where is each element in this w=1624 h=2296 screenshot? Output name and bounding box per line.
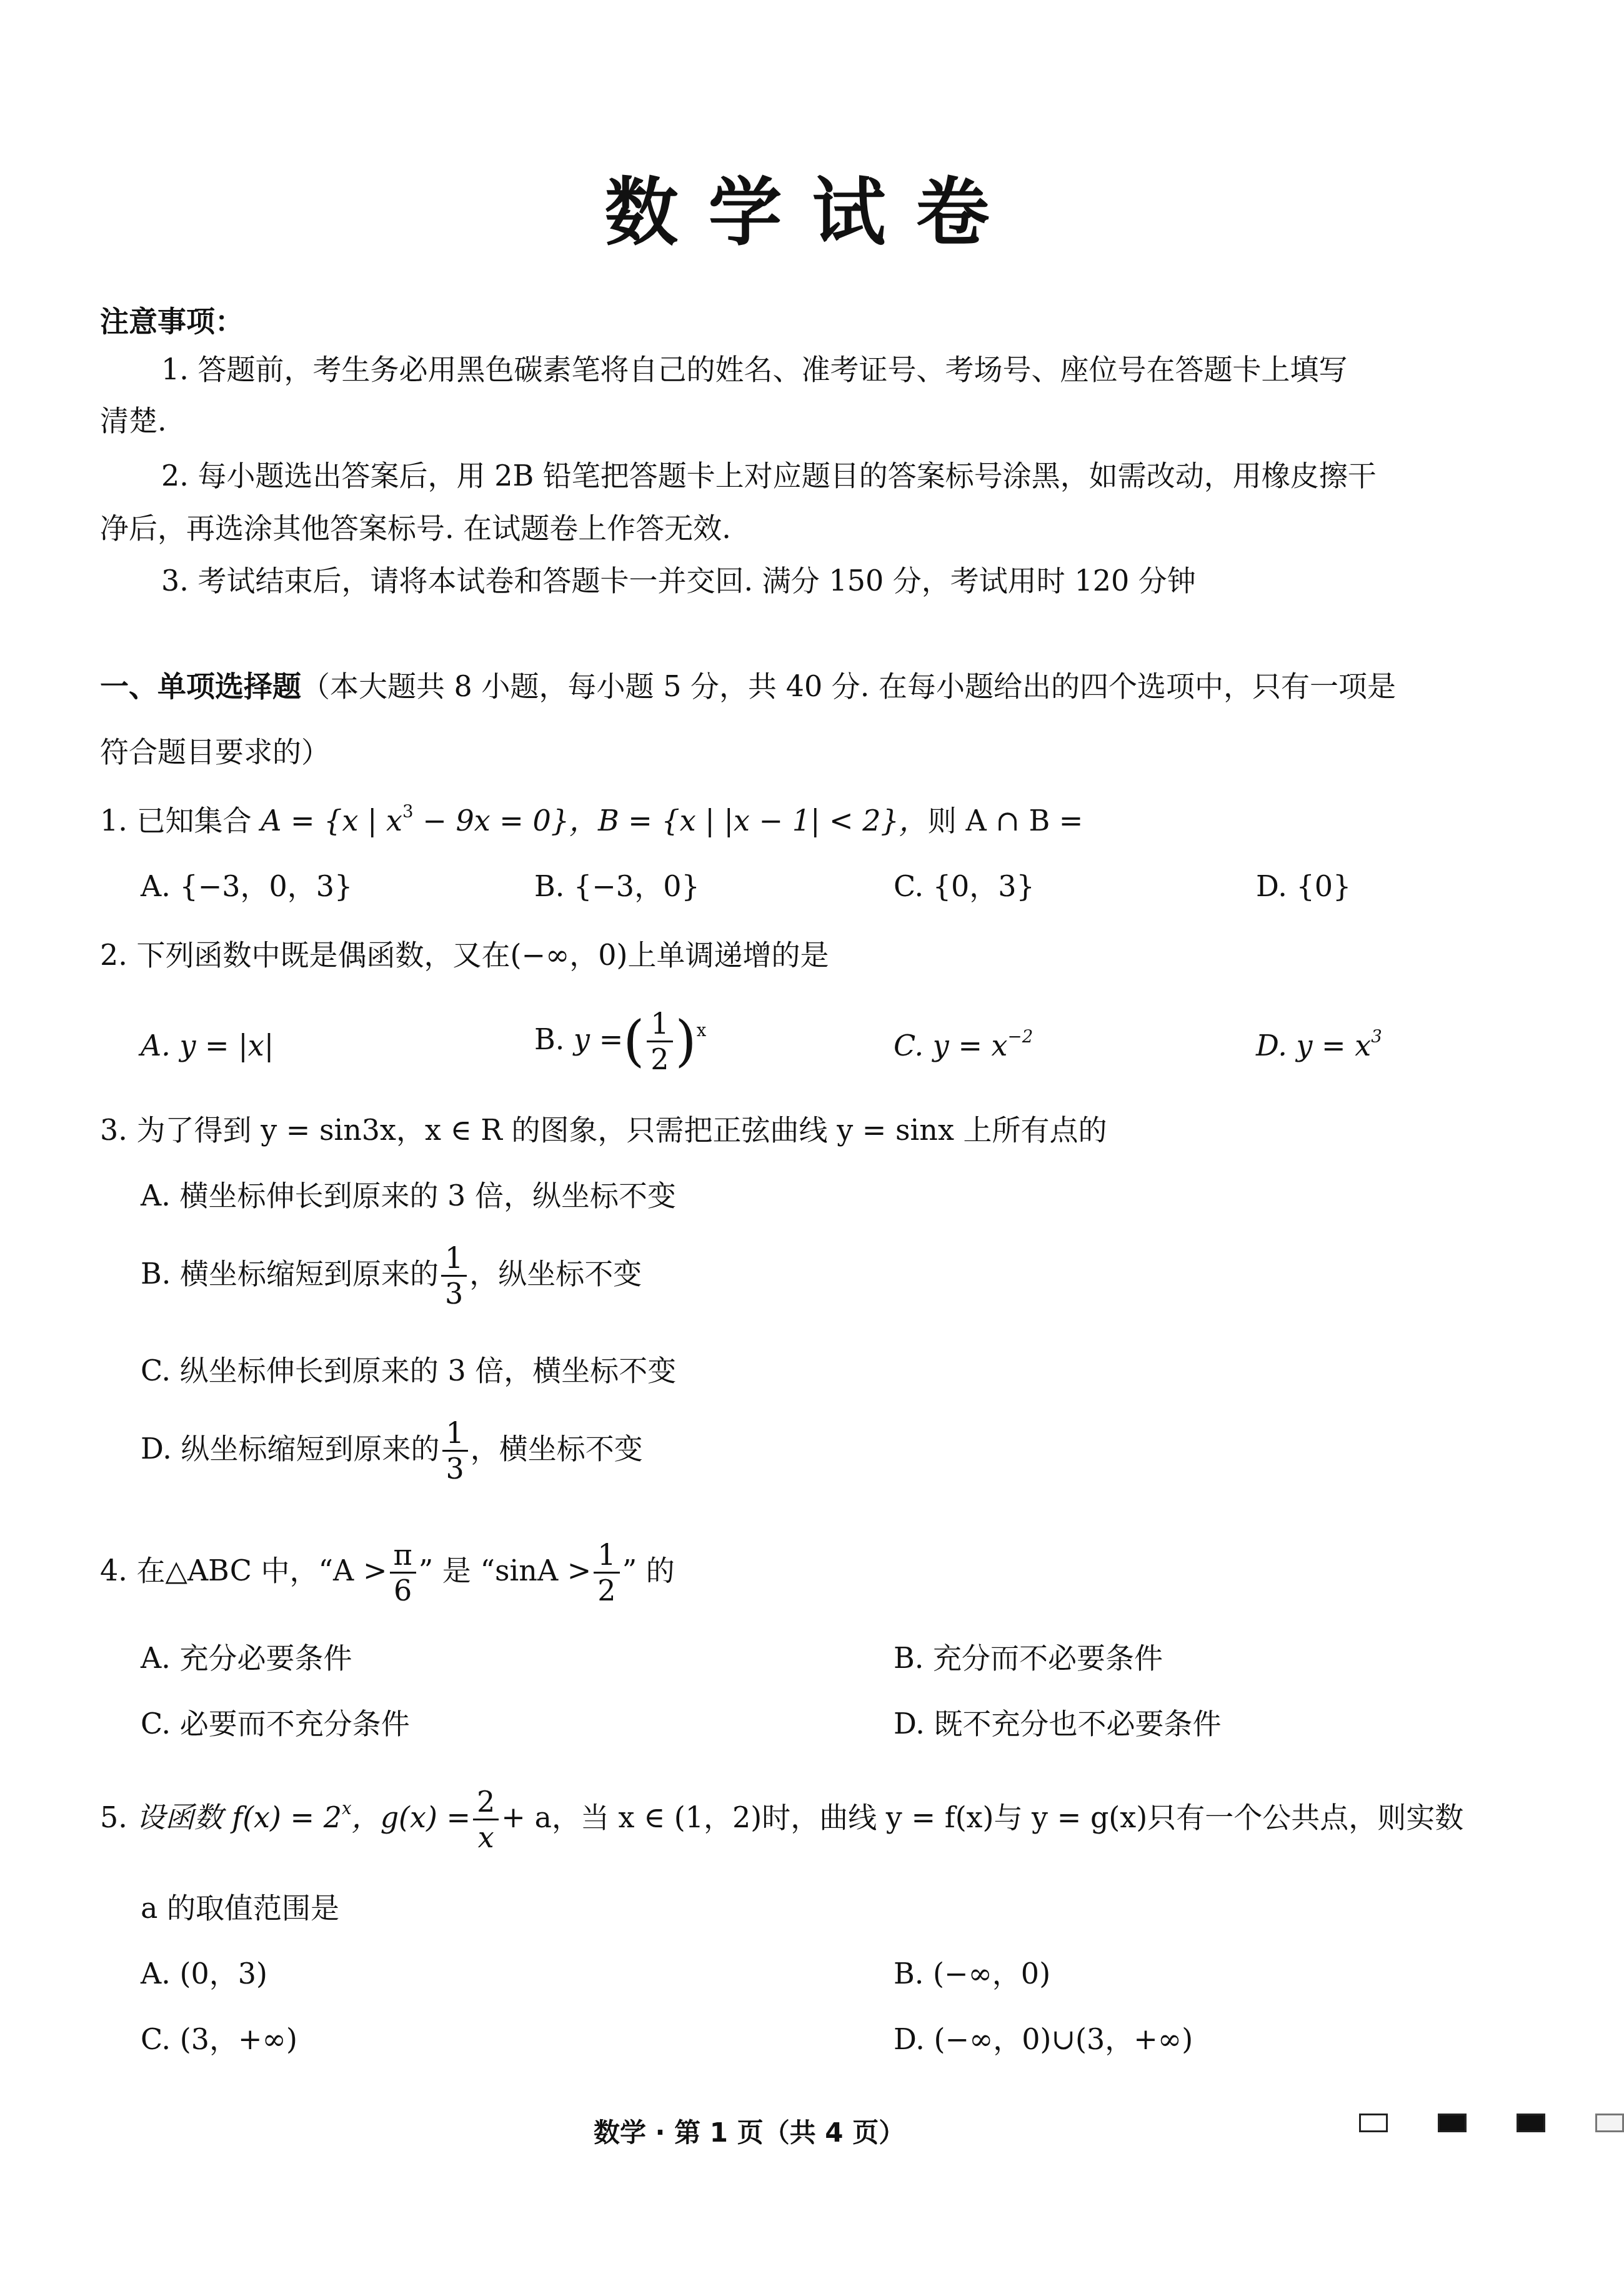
q4-option-a[interactable]: A. 充分必要条件 — [141, 1644, 352, 1672]
q1-tail: 则 A ∩ B = — [928, 804, 1083, 837]
q5-option-d[interactable]: D. (−∞，0)∪(3，+∞) — [894, 2025, 1193, 2054]
page-footer: 数学 · 第 1 页（共 4 页） — [594, 2112, 905, 2150]
denominator: 6 — [394, 1574, 412, 1605]
fraction: π6 — [390, 1540, 416, 1605]
option-text-post: ，横坐标不变 — [471, 1432, 643, 1465]
notice-item-1: 1. 答题前，考生务必用黑色碳素笔将自己的姓名、准考证号、考场号、座位号在答题卡… — [161, 355, 1348, 384]
numerator: 1 — [441, 1244, 467, 1277]
q1-set-a-post: − 9x = 0}， — [414, 804, 598, 837]
q5-option-b[interactable]: B. (−∞，0) — [894, 1959, 1050, 1988]
option-label: D. — [894, 2022, 925, 2056]
option-label: B. — [534, 869, 564, 903]
question-number: 4. — [100, 1554, 127, 1587]
q3-option-c[interactable]: C. 纵坐标伸长到原来的 3 倍，横坐标不变 — [141, 1356, 676, 1385]
paren-open: ( — [623, 1009, 644, 1073]
option-text: {0，3} — [933, 869, 1035, 903]
option-text: 必要而不充分条件 — [180, 1707, 410, 1740]
q4-option-b[interactable]: B. 充分而不必要条件 — [894, 1644, 1163, 1672]
denominator: 3 — [445, 1277, 463, 1308]
q4-stem-pre: 在△ABC 中，“A > — [137, 1554, 387, 1587]
q2-option-c[interactable]: C. y = x−2 — [894, 1031, 1033, 1060]
denominator: x — [478, 1820, 494, 1852]
q3-option-a[interactable]: A. 横坐标伸长到原来的 3 倍，纵坐标不变 — [141, 1181, 676, 1210]
q1-set-b: B = {x | |x − 1| < 2}， — [598, 804, 928, 837]
option-label: C. — [141, 1707, 171, 1740]
registration-mark-empty-icon — [1359, 2114, 1388, 2132]
q2-stem-text: 下列函数中既是偶函数，又在(−∞，0)上单调递增的是 — [137, 938, 829, 972]
q5-option-c[interactable]: C. (3，+∞) — [141, 2025, 297, 2054]
q5-stem-pre: 设函数 f(x) = 2 — [137, 1800, 342, 1834]
option-text: {0} — [1297, 869, 1352, 903]
q2-option-d[interactable]: D. y = x3 — [1256, 1031, 1382, 1060]
option-label: A. — [141, 1641, 171, 1675]
option-text: 既不充分也不必要条件 — [934, 1707, 1222, 1740]
numerator: π — [390, 1540, 416, 1574]
option-label: D. — [894, 1707, 925, 1740]
section-1-desc-cont: 符合题目要求的） — [100, 737, 330, 766]
option-text: y = — [574, 1022, 623, 1056]
q5-option-a[interactable]: A. (0，3) — [141, 1959, 267, 1988]
option-text-post: ，纵坐标不变 — [469, 1257, 642, 1290]
q5-stem-mid: ，g(x) = — [352, 1800, 471, 1834]
option-text: 横坐标缩短到原来的 — [180, 1257, 439, 1290]
denominator: 2 — [650, 1042, 669, 1074]
exponent: x — [342, 1798, 352, 1819]
exponent: −2 — [1008, 1026, 1034, 1047]
fraction: 13 — [442, 1419, 468, 1483]
q2-option-a[interactable]: A. y = |x| — [141, 1031, 274, 1060]
registration-mark-filled-icon — [1438, 2114, 1467, 2132]
question-number: 3. — [100, 1113, 127, 1147]
question-2-stem: 2. 下列函数中既是偶函数，又在(−∞，0)上单调递增的是 — [100, 941, 829, 969]
option-label: A. — [141, 1957, 171, 1990]
question-number: 1. — [100, 804, 127, 837]
option-label: D. — [141, 1432, 172, 1465]
q2-option-b[interactable]: B. y =(12)x — [534, 1009, 706, 1074]
option-label: B. — [141, 1257, 171, 1290]
option-text: (3，+∞) — [180, 2022, 297, 2056]
notice-item-2-cont: 净后，再选涂其他答案标号. 在试题卷上作答无效. — [100, 514, 731, 542]
question-5-stem: 5. 设函数 f(x) = 2x，g(x) =2x+ a，当 x ∈ (1，2)… — [100, 1787, 1463, 1852]
q5-stem-post: + a，当 x ∈ (1，2)时，曲线 y = f(x)与 y = g(x)只有… — [501, 1800, 1463, 1834]
question-3-stem: 3. 为了得到 y = sin3x，x ∈ R 的图象，只需把正弦曲线 y = … — [100, 1116, 1107, 1144]
option-text: 充分而不必要条件 — [933, 1641, 1163, 1675]
option-text: 纵坐标缩短到原来的 — [181, 1432, 440, 1465]
option-text: (0，3) — [179, 1957, 267, 1990]
section-1-heading: 一、单项选择题 — [100, 669, 301, 703]
option-label: A. — [141, 1179, 171, 1212]
numerator: 1 — [594, 1540, 619, 1574]
option-text: (−∞，0) — [933, 1957, 1050, 1990]
numerator: 1 — [442, 1419, 468, 1452]
option-label: C. — [141, 1354, 171, 1387]
notice-item-2: 2. 每小题选出答案后，用 2B 铅笔把答题卡上对应题目的答案标号涂黑，如需改动… — [161, 461, 1377, 490]
option-text: 纵坐标伸长到原来的 3 倍，横坐标不变 — [180, 1354, 677, 1387]
question-5-stem-cont: a 的取值范围是 — [141, 1894, 339, 1922]
option-text: (−∞，0)∪(3，+∞) — [934, 2022, 1193, 2056]
option-label: B. — [894, 1957, 924, 1990]
option-text: y = x — [1297, 1029, 1372, 1062]
option-text: 横坐标伸长到原来的 3 倍，纵坐标不变 — [179, 1179, 676, 1212]
q1-option-c[interactable]: C. {0，3} — [894, 872, 1035, 901]
q4-option-c[interactable]: C. 必要而不充分条件 — [141, 1709, 410, 1738]
section-1-desc: （本大题共 8 小题，每小题 5 分，共 40 分. 在每小题给出的四个选项中，… — [301, 669, 1396, 703]
numerator: 1 — [647, 1009, 672, 1042]
fraction: 2x — [473, 1787, 499, 1852]
option-label: A. — [141, 869, 171, 903]
option-text: 充分必要条件 — [179, 1641, 352, 1675]
q1-exp: 3 — [402, 801, 414, 822]
option-text: {−3，0} — [574, 869, 700, 903]
fraction: 12 — [594, 1540, 619, 1605]
option-label: C. — [894, 869, 924, 903]
option-text: {−3，0，3} — [179, 869, 352, 903]
q4-stem-mid: ” 是 “sinA > — [419, 1554, 592, 1587]
section-1-header: 一、单项选择题（本大题共 8 小题，每小题 5 分，共 40 分. 在每小题给出… — [100, 672, 1396, 701]
option-text: y = |x| — [179, 1029, 274, 1062]
denominator: 3 — [446, 1452, 464, 1483]
q3-option-d[interactable]: D. 纵坐标缩短到原来的13，横坐标不变 — [141, 1419, 643, 1483]
option-label: B. — [534, 1022, 564, 1056]
q1-option-d[interactable]: D. {0} — [1256, 872, 1351, 901]
question-number: 5. — [100, 1800, 127, 1834]
option-text: y = x — [933, 1029, 1008, 1062]
registration-mark-light-icon — [1595, 2114, 1624, 2132]
q1-option-a[interactable]: A. {−3，0，3} — [141, 872, 352, 901]
q3-option-b[interactable]: B. 横坐标缩短到原来的13，纵坐标不变 — [141, 1244, 642, 1308]
denominator: 2 — [597, 1574, 615, 1605]
q4-option-d[interactable]: D. 既不充分也不必要条件 — [894, 1709, 1222, 1738]
option-label: A. — [141, 1029, 171, 1062]
fraction: 12 — [647, 1009, 672, 1074]
paren-close: ) — [675, 1009, 697, 1073]
notice-item-1-cont: 清楚. — [100, 406, 167, 435]
option-label: C. — [894, 1029, 924, 1062]
q1-option-b[interactable]: B. {−3，0} — [534, 872, 700, 901]
page-title: 数学试卷 — [0, 153, 1624, 259]
notice-item-3: 3. 考试结束后，请将本试卷和答题卡一并交回. 满分 150 分，考试用时 12… — [161, 566, 1196, 595]
registration-mark-filled-icon — [1517, 2114, 1545, 2132]
question-1-stem: 1. 已知集合 A = {x | x3 − 9x = 0}，B = {x | |… — [100, 806, 1083, 835]
notice-heading: 注意事项： — [100, 299, 244, 340]
question-4-stem: 4. 在△ABC 中，“A >π6” 是 “sinA >12” 的 — [100, 1540, 675, 1605]
q3-stem-text: 为了得到 y = sin3x，x ∈ R 的图象，只需把正弦曲线 y = sin… — [137, 1113, 1107, 1147]
exponent: 3 — [1371, 1026, 1382, 1047]
registration-marks — [1359, 2114, 1624, 2132]
option-label: B. — [894, 1641, 924, 1675]
question-number: 2. — [100, 938, 127, 972]
option-label: D. — [1256, 869, 1287, 903]
option-label: D. — [1256, 1029, 1287, 1062]
fraction: 13 — [441, 1244, 467, 1308]
q4-stem-post: ” 的 — [622, 1554, 675, 1587]
q1-set-a: A = {x | x — [261, 804, 402, 837]
q1-stem-pre: 已知集合 — [137, 804, 261, 837]
numerator: 2 — [473, 1787, 499, 1820]
exponent: x — [697, 1020, 707, 1041]
option-label: C. — [141, 2022, 171, 2056]
